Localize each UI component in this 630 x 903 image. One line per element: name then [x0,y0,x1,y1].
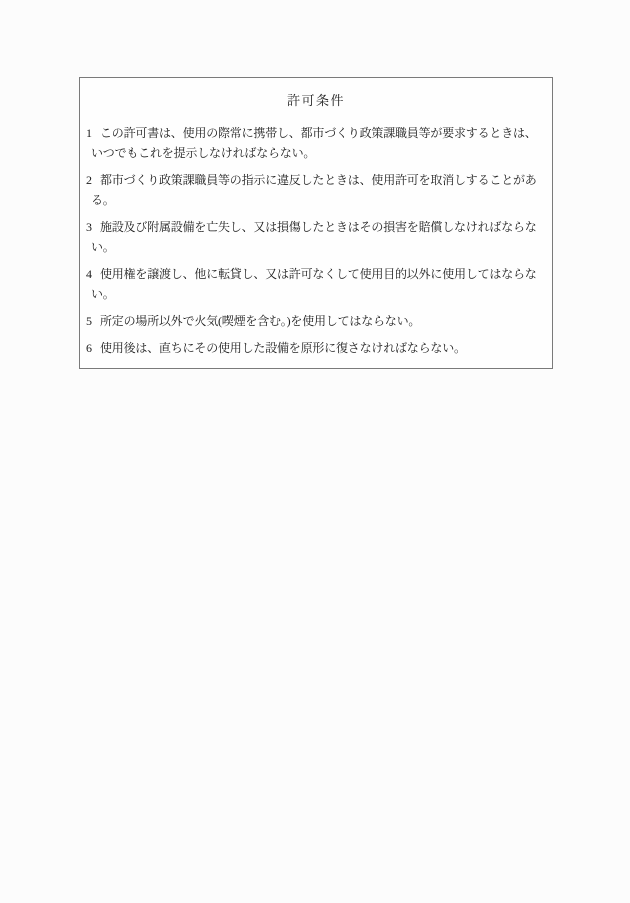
condition-item-2: 2都市づくり政策課職員等の指示に違反したときは、使用許可を取消しすることがある。 [80,170,547,210]
condition-item-1: 1この許可書は、使用の際常に携帯し、都市づくり政策課職員等が要求するときは、いつ… [80,123,547,163]
permit-conditions-box: 許可条件 1この許可書は、使用の際常に携帯し、都市づくり政策課職員等が要求すると… [79,77,553,369]
item-text: 施設及び附属設備を亡失し、又は損傷したときはその損害を賠償しなければならない。 [91,220,537,254]
condition-item-7: 7使用者は、使用に関して生じた一切の事故についてはその責を負うものとする。 [80,365,547,369]
document-title: 許可条件 [80,78,552,109]
condition-item-6: 6使用後は、直ちにその使用した設備を原形に復さなければならない。 [80,338,547,358]
item-text: この許可書は、使用の際常に携帯し、都市づくり政策課職員等が要求するときは、いつで… [91,126,537,160]
item-text: 所定の場所以外で火気(喫煙を含む。)を使用してはならない。 [100,314,420,328]
item-number: 2 [86,170,100,190]
item-text: 使用者は、使用に関して生じた一切の事故についてはその責を負うものとする。 [100,368,525,369]
item-number: 3 [86,217,100,237]
item-number: 7 [86,365,100,369]
item-text: 使用後は、直ちにその使用した設備を原形に復さなければならない。 [100,341,466,355]
condition-item-5: 5所定の場所以外で火気(喫煙を含む。)を使用してはならない。 [80,311,547,331]
item-number: 1 [86,123,100,143]
page: 許可条件 1この許可書は、使用の際常に携帯し、都市づくり政策課職員等が要求すると… [0,0,630,903]
item-number: 5 [86,311,100,331]
conditions-list: 1この許可書は、使用の際常に携帯し、都市づくり政策課職員等が要求するときは、いつ… [80,123,552,369]
condition-item-3: 3施設及び附属設備を亡失し、又は損傷したときはその損害を賠償しなければならない。 [80,217,547,257]
item-text: 都市づくり政策課職員等の指示に違反したときは、使用許可を取消しすることがある。 [91,173,537,207]
item-text: 使用権を譲渡し、他に転貸し、又は許可なくして使用目的以外に使用してはならない。 [91,267,537,301]
condition-item-4: 4使用権を譲渡し、他に転貸し、又は許可なくして使用目的以外に使用してはならない。 [80,264,547,304]
item-number: 4 [86,264,100,284]
item-number: 6 [86,338,100,358]
